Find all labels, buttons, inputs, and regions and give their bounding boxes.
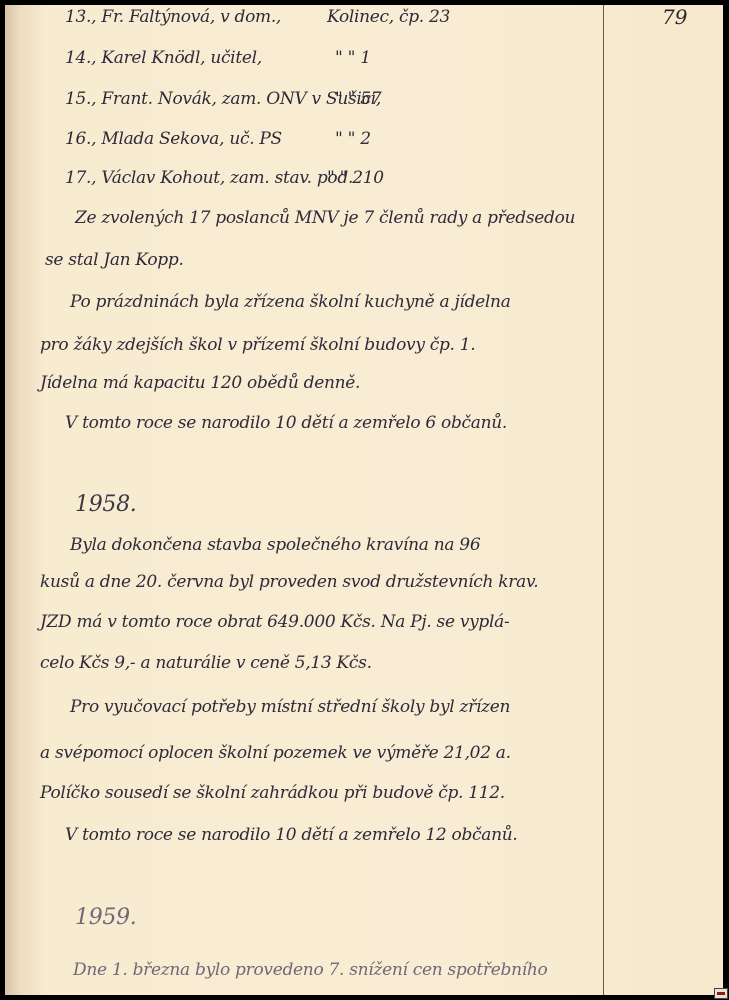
member-13: 13., Fr. Faltýnová, v dom., bbox=[65, 7, 281, 27]
paragraph-line: V tomto roce se narodilo 10 dětí a zemře… bbox=[65, 413, 507, 433]
member-15: 15., Frant. Novák, zam. ONV v Sušici, bbox=[65, 89, 381, 109]
member-14-place: " " 1 bbox=[335, 48, 371, 68]
paragraph-line: a svépomocí oplocen školní pozemek ve vý… bbox=[40, 743, 511, 763]
paragraph-line: Jídelna má kapacitu 120 obědů denně. bbox=[40, 373, 360, 393]
chronicle-page: 79 13., Fr. Faltýnová, v dom., Kolinec, … bbox=[5, 5, 723, 995]
margin-line bbox=[603, 5, 604, 995]
member-15-place: " " 57 bbox=[335, 89, 381, 109]
paragraph-line: Byla dokončena stavba společného kravína… bbox=[70, 535, 480, 555]
paragraph-line: pro žáky zdejších škol v přízemí školní … bbox=[40, 335, 475, 355]
paragraph-line: Dne 1. března bylo provedeno 7. snížení … bbox=[73, 960, 547, 980]
paragraph-line: kusů a dne 20. června byl proveden svod … bbox=[40, 572, 538, 592]
paragraph-line: Po prázdninách byla zřízena školní kuchy… bbox=[70, 292, 511, 312]
paragraph-line: celo Kčs 9,- a naturálie v ceně 5,13 Kčs… bbox=[40, 653, 372, 673]
minimize-icon[interactable] bbox=[714, 988, 728, 999]
year-heading-1959: 1959. bbox=[75, 905, 136, 930]
year-heading-1958: 1958. bbox=[75, 492, 136, 517]
member-16: 16., Mlada Sekova, uč. PS bbox=[65, 129, 282, 149]
member-13-place: Kolinec, čp. 23 bbox=[327, 7, 450, 27]
paragraph-line: JZD má v tomto roce obrat 649.000 Kčs. N… bbox=[40, 612, 509, 632]
paragraph-line: Pro vyučovací potřeby místní střední ško… bbox=[70, 697, 510, 717]
page-number: 79 bbox=[662, 5, 687, 29]
paragraph-line: se stal Jan Kopp. bbox=[45, 250, 184, 270]
paragraph-line: V tomto roce se narodilo 10 dětí a zemře… bbox=[65, 825, 518, 845]
paragraph-line: Ze zvolených 17 poslanců MNV je 7 členů … bbox=[75, 208, 575, 228]
paragraph-line: Políčko sousedí se školní zahrádkou při … bbox=[40, 783, 505, 803]
member-14: 14., Karel Knödl, učitel, bbox=[65, 48, 262, 68]
member-17: 17., Václav Kohout, zam. stav. pod. bbox=[65, 168, 353, 188]
member-17-place: " " 210 bbox=[327, 168, 384, 188]
member-16-place: " " 2 bbox=[335, 129, 371, 149]
